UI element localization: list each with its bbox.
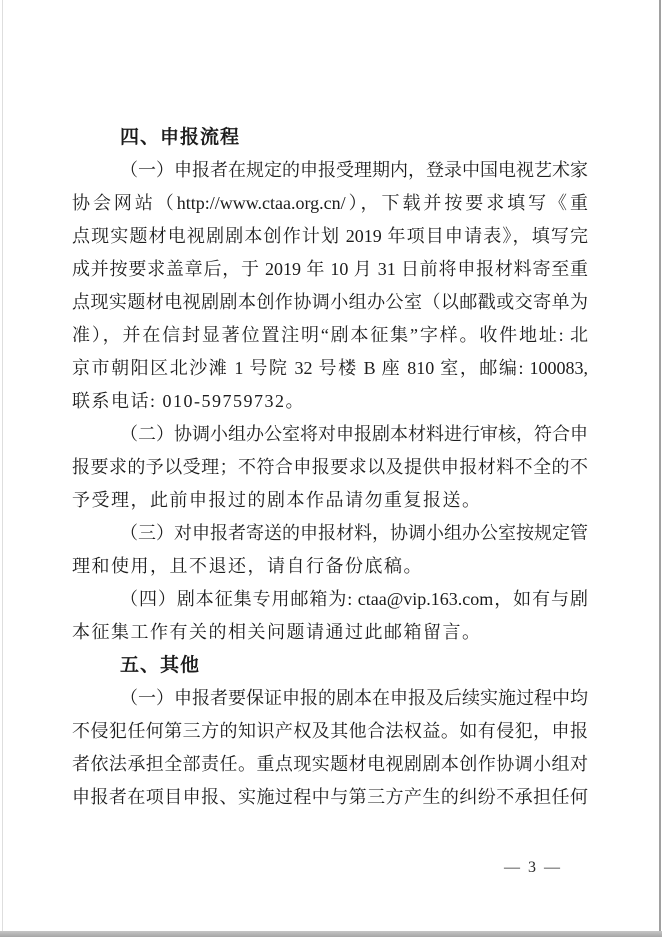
- section-heading: 四、申报流程: [72, 121, 588, 154]
- text-line: 申报者在项目申报、实施过程中与第三方产生的纠纷不承担任何: [72, 781, 588, 814]
- text-line: （三）对申报者寄送的申报材料，协调小组办公室按规定管: [72, 517, 588, 550]
- text-line: 报要求的予以受理；不符合申报要求以及提供申报材料不全的不: [72, 451, 588, 484]
- text-line: 京市朝阳区北沙滩 1 号院 32 号楼 B 座 810 室，邮编: 100083…: [72, 352, 588, 385]
- text-line: 本征集工作有关的相关问题请通过此邮箱留言。: [72, 616, 588, 649]
- text-line: 理和使用，且不退还，请自行备份底稿。: [72, 550, 588, 583]
- text-line: （一）申报者在规定的申报受理期内，登录中国电视艺术家: [72, 154, 588, 187]
- text-line: 点现实题材电视剧剧本创作协调小组办公室（以邮戳或交寄单为: [72, 286, 588, 319]
- text-line: （四）剧本征集专用邮箱为: ctaa@vip.163.com，如有与剧: [72, 583, 588, 616]
- text-line: 予受理，此前申报过的剧本作品请勿重复报送。: [72, 484, 588, 517]
- section-heading: 五、其他: [72, 649, 588, 682]
- text-line: （一）申报者要保证申报的剧本在申报及后续实施过程中均: [72, 682, 588, 715]
- text-line: （二）协调小组办公室将对申报剧本材料进行审核，符合申: [72, 418, 588, 451]
- page-right-edge-line: [659, 0, 661, 931]
- document-page: 四、申报流程（一）申报者在规定的申报受理期内，登录中国电视艺术家协会网站（htt…: [0, 0, 662, 937]
- text-line: 成并按要求盖章后，于 2019 年 10 月 31 日前将申报材料寄至重: [72, 253, 588, 286]
- page-number: — 3 —: [504, 859, 562, 877]
- text-line: 协会网站（http://www.ctaa.org.cn/），下载并按要求填写《重: [72, 187, 588, 220]
- text-column: 四、申报流程（一）申报者在规定的申报受理期内，登录中国电视艺术家协会网站（htt…: [72, 121, 588, 814]
- text-line: 联系电话: 010-59759732。: [72, 385, 588, 418]
- page-bottom-edge: [0, 931, 662, 937]
- text-line: 不侵犯任何第三方的知识产权及其他合法权益。如有侵犯，申报: [72, 715, 588, 748]
- text-line: 点现实题材电视剧剧本创作计划 2019 年项目申请表》，填写完: [72, 220, 588, 253]
- text-line: 准），并在信封显著位置注明“剧本征集”字样。收件地址: 北: [72, 319, 588, 352]
- page-left-edge-line: [2, 0, 3, 931]
- text-line: 者依法承担全部责任。重点现实题材电视剧剧本创作协调小组对: [72, 748, 588, 781]
